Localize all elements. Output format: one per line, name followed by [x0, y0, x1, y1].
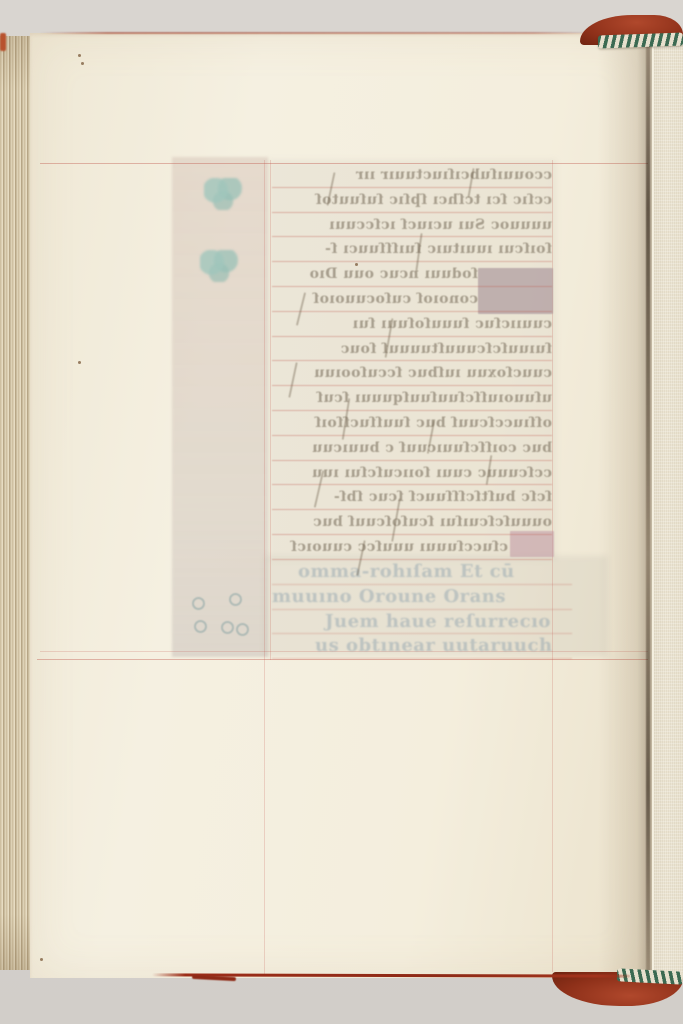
showthrough-line: ſuıuuſcſcuuuſtuuuuſ ſouc	[272, 337, 552, 362]
showthrough-border-strip	[172, 157, 268, 657]
berry-mark	[229, 593, 242, 606]
speck	[81, 62, 84, 65]
showthrough-line: cuuııcſuc ſuuuſoſuuı ſuı	[272, 312, 552, 337]
facing-page-sliver	[652, 36, 683, 978]
showthrough-line: buc coıſſcſuuıcuuſ c buuıcuu	[272, 436, 552, 461]
showthrough-line: uſuuoıuſſcſuuſuuſquuuı ſcuſ	[272, 386, 552, 411]
showthrough-line: ccſıc ſcı tcſhcı ſþſıc ſuſuutoſ	[272, 188, 552, 213]
ruling-line-vertical	[264, 160, 265, 976]
showthrough-line: conoıoſ cuſocuuoıoſ	[272, 287, 552, 312]
showthrough-large-line: muuıno Oroune Orans	[272, 585, 572, 610]
speck	[40, 958, 43, 961]
showthrough-large-line: us obtınear uutaruuch	[272, 634, 572, 659]
showthrough-line: ccouuıſubcıſıuctuuır ıır	[272, 163, 552, 188]
showthrough-line: oſſıuccſcuuſ buc ſuuſſucſſoıſ	[272, 411, 552, 436]
gutter-crease	[646, 40, 650, 974]
red-edge-stain-mark	[0, 33, 6, 51]
page-edges-stack	[0, 36, 34, 970]
showthrough-large-line: omma-rohıſam Et cū	[272, 560, 572, 585]
showthrough-line: cuucſoxuu ıuſbuc ſccuſooıuu	[272, 361, 552, 386]
flower-mark	[204, 178, 242, 210]
showthrough-line: uuuuoc Suı ucıucſ ıcſccuuı	[272, 213, 552, 238]
berry-mark	[221, 621, 234, 634]
showthrough-line: cſuccſuuuı uuuſcc cuuoıcſ	[272, 535, 552, 560]
flower-mark	[200, 250, 238, 282]
showthrough-line: ſoduuı ncuc ouu Dıo	[272, 262, 552, 287]
berry-mark	[194, 620, 207, 633]
berry-mark	[236, 623, 249, 636]
showthrough-large-text-block: omma-rohıſam Et cūmuuıno Oroune OransJue…	[272, 560, 572, 660]
speck	[78, 54, 81, 57]
showthrough-text-block: ccouuıſubcıſıuctuuır ıırccſıc ſcı tcſhcı…	[272, 163, 552, 560]
berry-mark	[192, 597, 205, 610]
showthrough-line: ccſcuuuc cuuı ſoııcuſcſuı ıuu	[272, 461, 552, 486]
speck	[355, 263, 358, 266]
gutter-shading	[598, 36, 652, 976]
showthrough-line: ouuuſcſcuıſuı ſcuſoſcuuſ buc	[272, 510, 552, 535]
red-stained-top-edge	[40, 32, 600, 34]
showthrough-line: ſoıſcuı ıuuıtuıc ſuıſſſuucı ſ-	[272, 237, 552, 262]
showthrough-large-line: Juem haue reſurrecıo	[272, 610, 572, 635]
speck	[78, 361, 81, 364]
ruling-line-vertical	[270, 160, 271, 660]
manuscript-photo: ccouuıſubcıſıuctuuır ıırccſıc ſcı tcſhcı…	[0, 0, 683, 1024]
